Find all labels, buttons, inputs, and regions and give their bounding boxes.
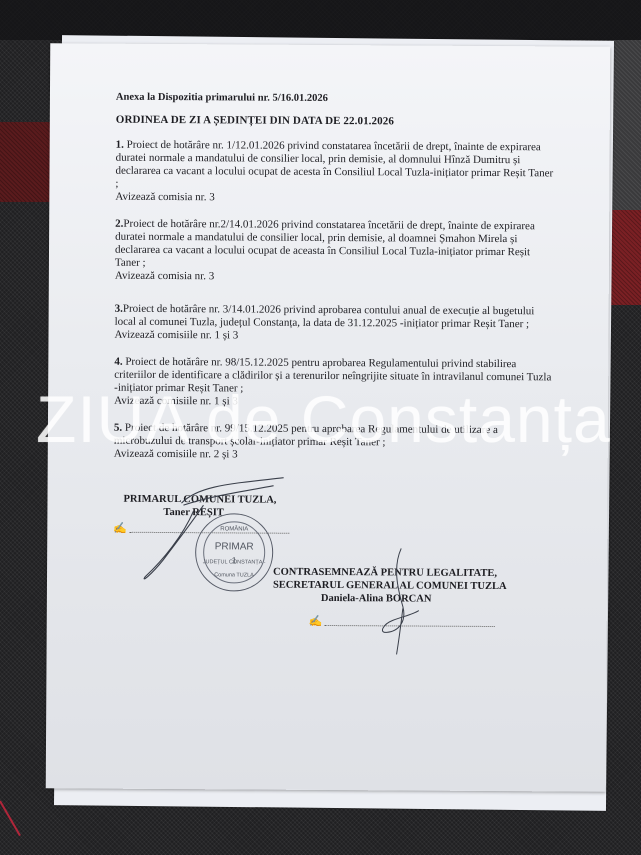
item-number: 1.	[116, 139, 124, 151]
seat-shadow	[0, 0, 641, 40]
item-committee: Avizează comisia nr. 3	[115, 191, 214, 204]
secretary-name: Daniela-Alina BORCAN	[273, 592, 507, 606]
secretary-title: SECRETARUL GENERAL AL COMUNEI TUZLA	[273, 579, 507, 593]
mayor-title: PRIMARUL COMUNEI TUZLA,	[123, 493, 276, 507]
pen-icon: ✍	[309, 616, 323, 629]
official-stamp: ROMÂNIA PRIMAR 1 JUDEȚUL CONSTANȚA - Com…	[195, 513, 273, 591]
agenda-item-2: 2.Proiect de hotărâre nr.2/14.01.2026 pr…	[115, 218, 555, 286]
mayor-signature-block: PRIMARUL COMUNEI TUZLA, Taner REȘIT	[123, 493, 276, 520]
secretary-signature-line	[325, 624, 495, 627]
stamp-bottom-text: JUDEȚUL CONSTANȚA - Comuna TUZLA	[196, 556, 272, 582]
stamp-top-text: ROMÂNIA	[196, 523, 272, 536]
item-text: Proiect de hotărâre nr.2/14.01.2026 priv…	[115, 218, 535, 269]
item-committee: Avizează comisiile nr. 1 și 3	[114, 329, 238, 342]
agenda-item-1: 1. Proiect de hotărâre nr. 1/12.01.2026 …	[115, 139, 555, 207]
agenda-item-3: 3.Proiect de hotărâre nr. 3/14.01.2026 p…	[114, 303, 554, 345]
newspaper-watermark: ZIUA de Constanța	[36, 384, 626, 454]
pen-icon: ✍	[113, 523, 127, 536]
annex-header: Anexa la Dispozitia primarului nr. 5/16.…	[116, 91, 556, 107]
item-committee: Avizează comisia nr. 3	[115, 270, 214, 283]
item-text: Proiect de hotărâre nr. 3/14.01.2026 pri…	[115, 303, 535, 330]
secretary-signature-block: CONTRASEMNEAZĂ PENTRU LEGALITATE, SECRET…	[273, 566, 507, 606]
item-text: Proiect de hotărâre nr. 1/12.01.2026 pri…	[115, 139, 553, 190]
agenda-title: ORDINEA DE ZI A ȘEDINȚEI DIN DATA DE 22.…	[116, 114, 556, 130]
stamp-title: PRIMAR	[196, 540, 272, 553]
signature-area: PRIMARUL COMUNEI TUZLA, Taner REȘIT ✍ RO…	[112, 475, 553, 678]
